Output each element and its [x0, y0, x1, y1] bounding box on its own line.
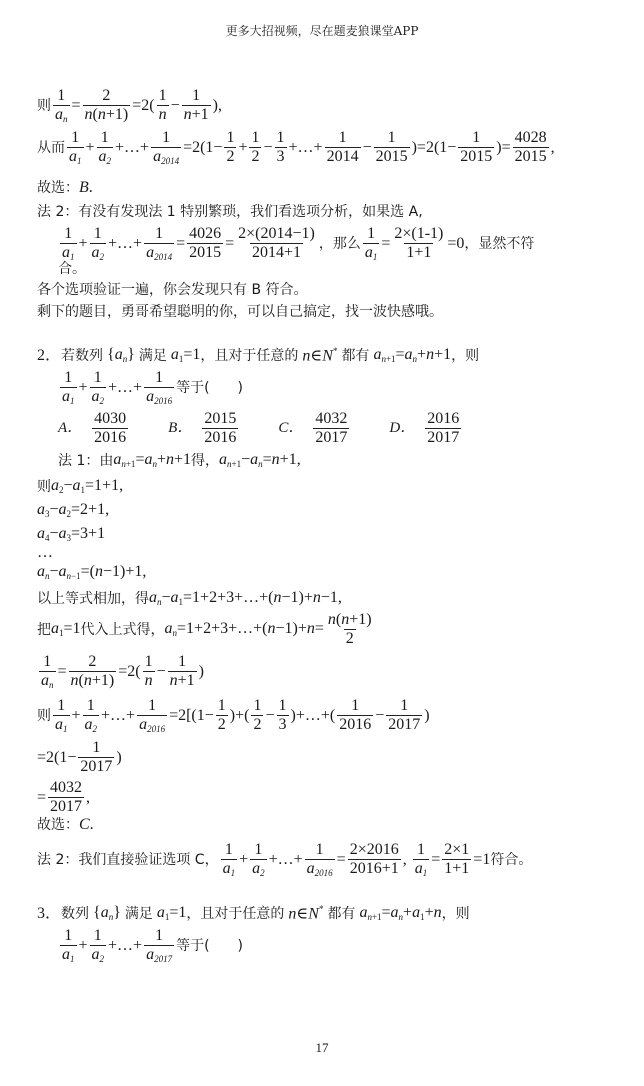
method2-intro: 法 2：有没有发现法 1 特别繁琐，我们看选项分析，如果选 A, [37, 205, 423, 219]
line-reciprocal-formula: 则 1an = 2n(n+1) =2( 1n− 1n+1 ), [37, 88, 222, 124]
substitution-line: 把 a1=1 代入上式得， an=1+2+3+…+(n−1)+n= n(n+1)… [37, 612, 376, 648]
problem-2-stem: 2． 若数列 {an} 满足 a1=1 ，且对于任意的 n∈N* 都有 an+1… [37, 347, 479, 364]
option-c: C． 40322017 [278, 411, 351, 447]
method2-check-option-a: 1a1+ 1a2+…+ 1a2014= 40262015= 2×(2014−1)… [58, 226, 534, 262]
answer-line-1: 故选： B. [37, 180, 93, 196]
result-step-2: =40322017, [37, 780, 90, 816]
step-n: an−an−1=(n−1)+1, [37, 564, 146, 581]
result-step-1: =2(1−12017) [37, 740, 122, 776]
option-d: D． 20162017 [389, 411, 463, 447]
problem-2-sum: 1a1+ 1a2+…+ 1a2016 等于( ) [58, 370, 243, 406]
line-telescoping-sum-2014: 从而 1a1+ 1a2+…+ 1a2014 =2(1− 12+ 12− 13+…… [37, 130, 555, 166]
problem-2-options: A． 40302016 B． 20152016 C． 40322017 D． 2… [58, 411, 501, 447]
method2-tail: 合。 [58, 262, 86, 276]
step-2: a3−a2=2+1, [37, 502, 109, 519]
step-ellipsis: … [37, 545, 53, 561]
verify-text: 各个选项验证一遍，你会发现只有 B 符合。 [37, 283, 308, 297]
answer-line-2: 故选： C. [37, 817, 94, 833]
method2-verify-c: 法 2：我们直接验证选项 C， 1a1+ 1a2+…+ 1a2016= 2×20… [37, 842, 532, 878]
problem-3-sum: 1a1+ 1a2+…+ 1a2017 等于( ) [58, 928, 243, 964]
step-1: 则a2−a1=1+1, [37, 478, 123, 495]
option-a: A． 40302016 [58, 411, 130, 447]
page-number: 17 [0, 1040, 644, 1056]
telescoping-sum-2016: 则 1a1+ 1a2+…+ 1a2016=2[(1− 12)+( 12− 13)… [37, 698, 430, 734]
problem-3-stem: 3． 数列 {an} 满足 a1=1 ，且对于任意的 n∈N* 都有 an+1=… [37, 905, 470, 922]
step-3: a4−a3=3+1 [37, 526, 105, 543]
sum-of-steps: 以上等式相加，得 an−a1=1+2+3+…+(n−1)+n−1, [37, 590, 342, 607]
option-b: B． 20152016 [168, 411, 240, 447]
solution-method1-intro: 法 1：由 an+1=an+n+1 得， an+1−an=n+1, [58, 452, 301, 469]
remaining-text: 剩下的题目，勇哥希望聪明的你，可以自己搞定，找一波快感哦。 [37, 305, 443, 319]
page-header-banner: 更多大招视频，尽在题麦狼课堂APP [0, 22, 644, 39]
reciprocal-line-2: 1an= 2n(n+1)=2( 1n− 1n+1) [37, 654, 204, 690]
